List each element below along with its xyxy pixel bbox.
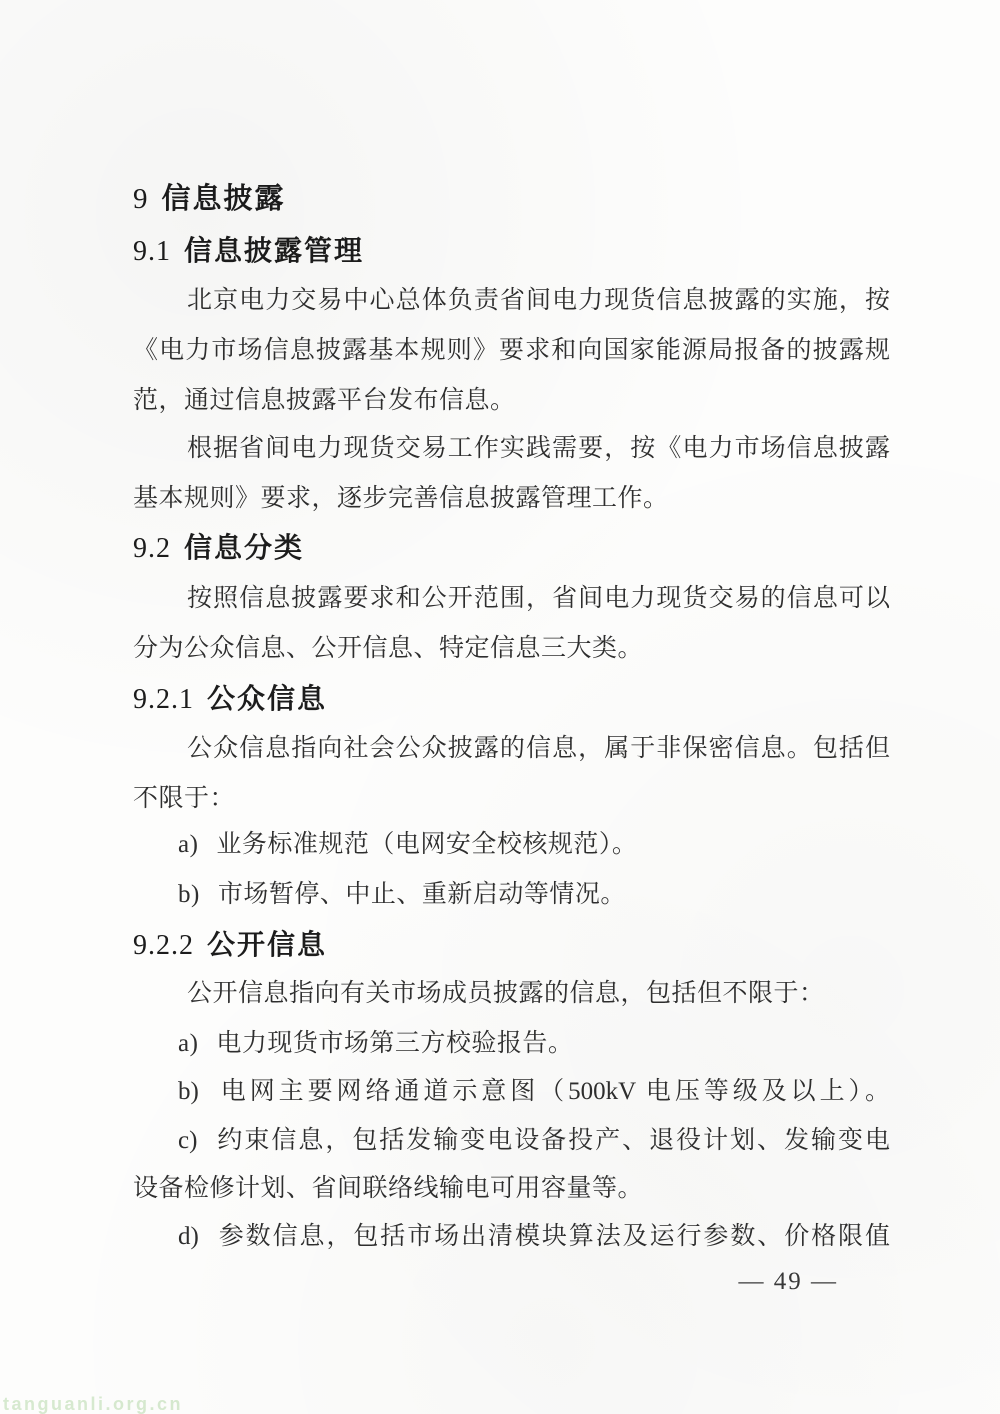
- list-item-a2: a)电力现货市场第三方校验报告。: [133, 1030, 890, 1059]
- list-item-c: c)约束信息，包括发输变电设备投产、退役计划、发输变电: [133, 1127, 890, 1156]
- heading-9-2-number: 9.2: [133, 533, 171, 564]
- list-item-a-marker: a): [178, 831, 198, 860]
- heading-9-number: 9: [133, 183, 149, 215]
- list-item-b: b)市场暂停、中止、重新启动等情况。: [133, 881, 890, 910]
- list-item-c-marker: c): [178, 1127, 197, 1156]
- list-item-b2-text: 电网主要网络通道示意图（500kV 电压等级及以上）。: [217, 1078, 890, 1105]
- document-page: 9信息披露 9.1信息披露管理 北京电力交易中心总体负责省间电力现货信息披露的实…: [0, 0, 1000, 1414]
- list-item-a: a)业务标准规范（电网安全校核规范）。: [133, 831, 890, 860]
- paragraph-line: 公开信息指向有关市场成员披露的信息，包括但不限于：: [133, 980, 890, 1009]
- heading-9-2-2-number: 9.2.2: [133, 930, 194, 961]
- heading-9: 9信息披露: [133, 183, 890, 216]
- paragraph-line: 公众信息指向社会公众披露的信息，属于非保密信息。包括但: [133, 735, 890, 764]
- list-item-a2-text: 电力现货市场第三方校验报告。: [216, 1030, 573, 1057]
- heading-9-1-title: 信息披露管理: [184, 235, 364, 266]
- heading-9-2: 9.2信息分类: [133, 532, 890, 565]
- heading-9-1-number: 9.1: [133, 236, 171, 267]
- list-item-d: d)参数信息，包括市场出清模块算法及运行参数、价格限值: [133, 1223, 890, 1252]
- heading-9-title: 信息披露: [162, 183, 286, 215]
- heading-9-2-1-title: 公众信息: [207, 683, 327, 714]
- heading-9-2-2-title: 公开信息: [207, 929, 327, 960]
- paragraph-line: 根据省间电力现货交易工作实践需要，按《电力市场信息披露: [133, 435, 890, 464]
- paragraph-line: 设备检修计划、省间联络线输电可用容量等。: [133, 1175, 890, 1204]
- paragraph-line: 不限于：: [133, 785, 890, 814]
- list-item-a2-marker: a): [178, 1030, 198, 1059]
- heading-9-2-title: 信息分类: [184, 532, 304, 563]
- list-item-a-text: 业务标准规范（电网安全校核规范）。: [216, 831, 637, 858]
- page-number: — 49 —: [133, 1268, 890, 1297]
- paragraph-line: 《电力市场信息披露基本规则》要求和向国家能源局报备的披露规: [133, 337, 890, 366]
- list-item-c-text: 约束信息，包括发输变电设备投产、退役计划、发输变电: [215, 1127, 890, 1154]
- heading-9-2-1: 9.2.1公众信息: [133, 683, 890, 716]
- paragraph-line: 北京电力交易中心总体负责省间电力现货信息披露的实施，按: [133, 287, 890, 316]
- list-item-b-text: 市场暂停、中止、重新启动等情况。: [218, 881, 626, 908]
- list-item-d-marker: d): [178, 1223, 199, 1252]
- heading-9-2-1-number: 9.2.1: [133, 684, 194, 715]
- paragraph-line: 基本规则》要求，逐步完善信息披露管理工作。: [133, 485, 890, 514]
- heading-9-1: 9.1信息披露管理: [133, 235, 890, 268]
- paragraph-line: 分为公众信息、公开信息、特定信息三大类。: [133, 635, 890, 664]
- heading-9-2-2: 9.2.2公开信息: [133, 929, 890, 962]
- watermark-site-url: tanguanli.org.cn: [3, 1394, 183, 1414]
- paragraph-line: 按照信息披露要求和公开范围，省间电力现货交易的信息可以: [133, 585, 890, 614]
- paragraph-line: 范，通过信息披露平台发布信息。: [133, 387, 890, 416]
- list-item-d-text: 参数信息，包括市场出清模块算法及运行参数、价格限值: [217, 1223, 890, 1250]
- list-item-b-marker: b): [178, 881, 200, 910]
- list-item-b2-marker: b): [178, 1078, 199, 1107]
- list-item-b2: b)电网主要网络通道示意图（500kV 电压等级及以上）。: [133, 1078, 890, 1107]
